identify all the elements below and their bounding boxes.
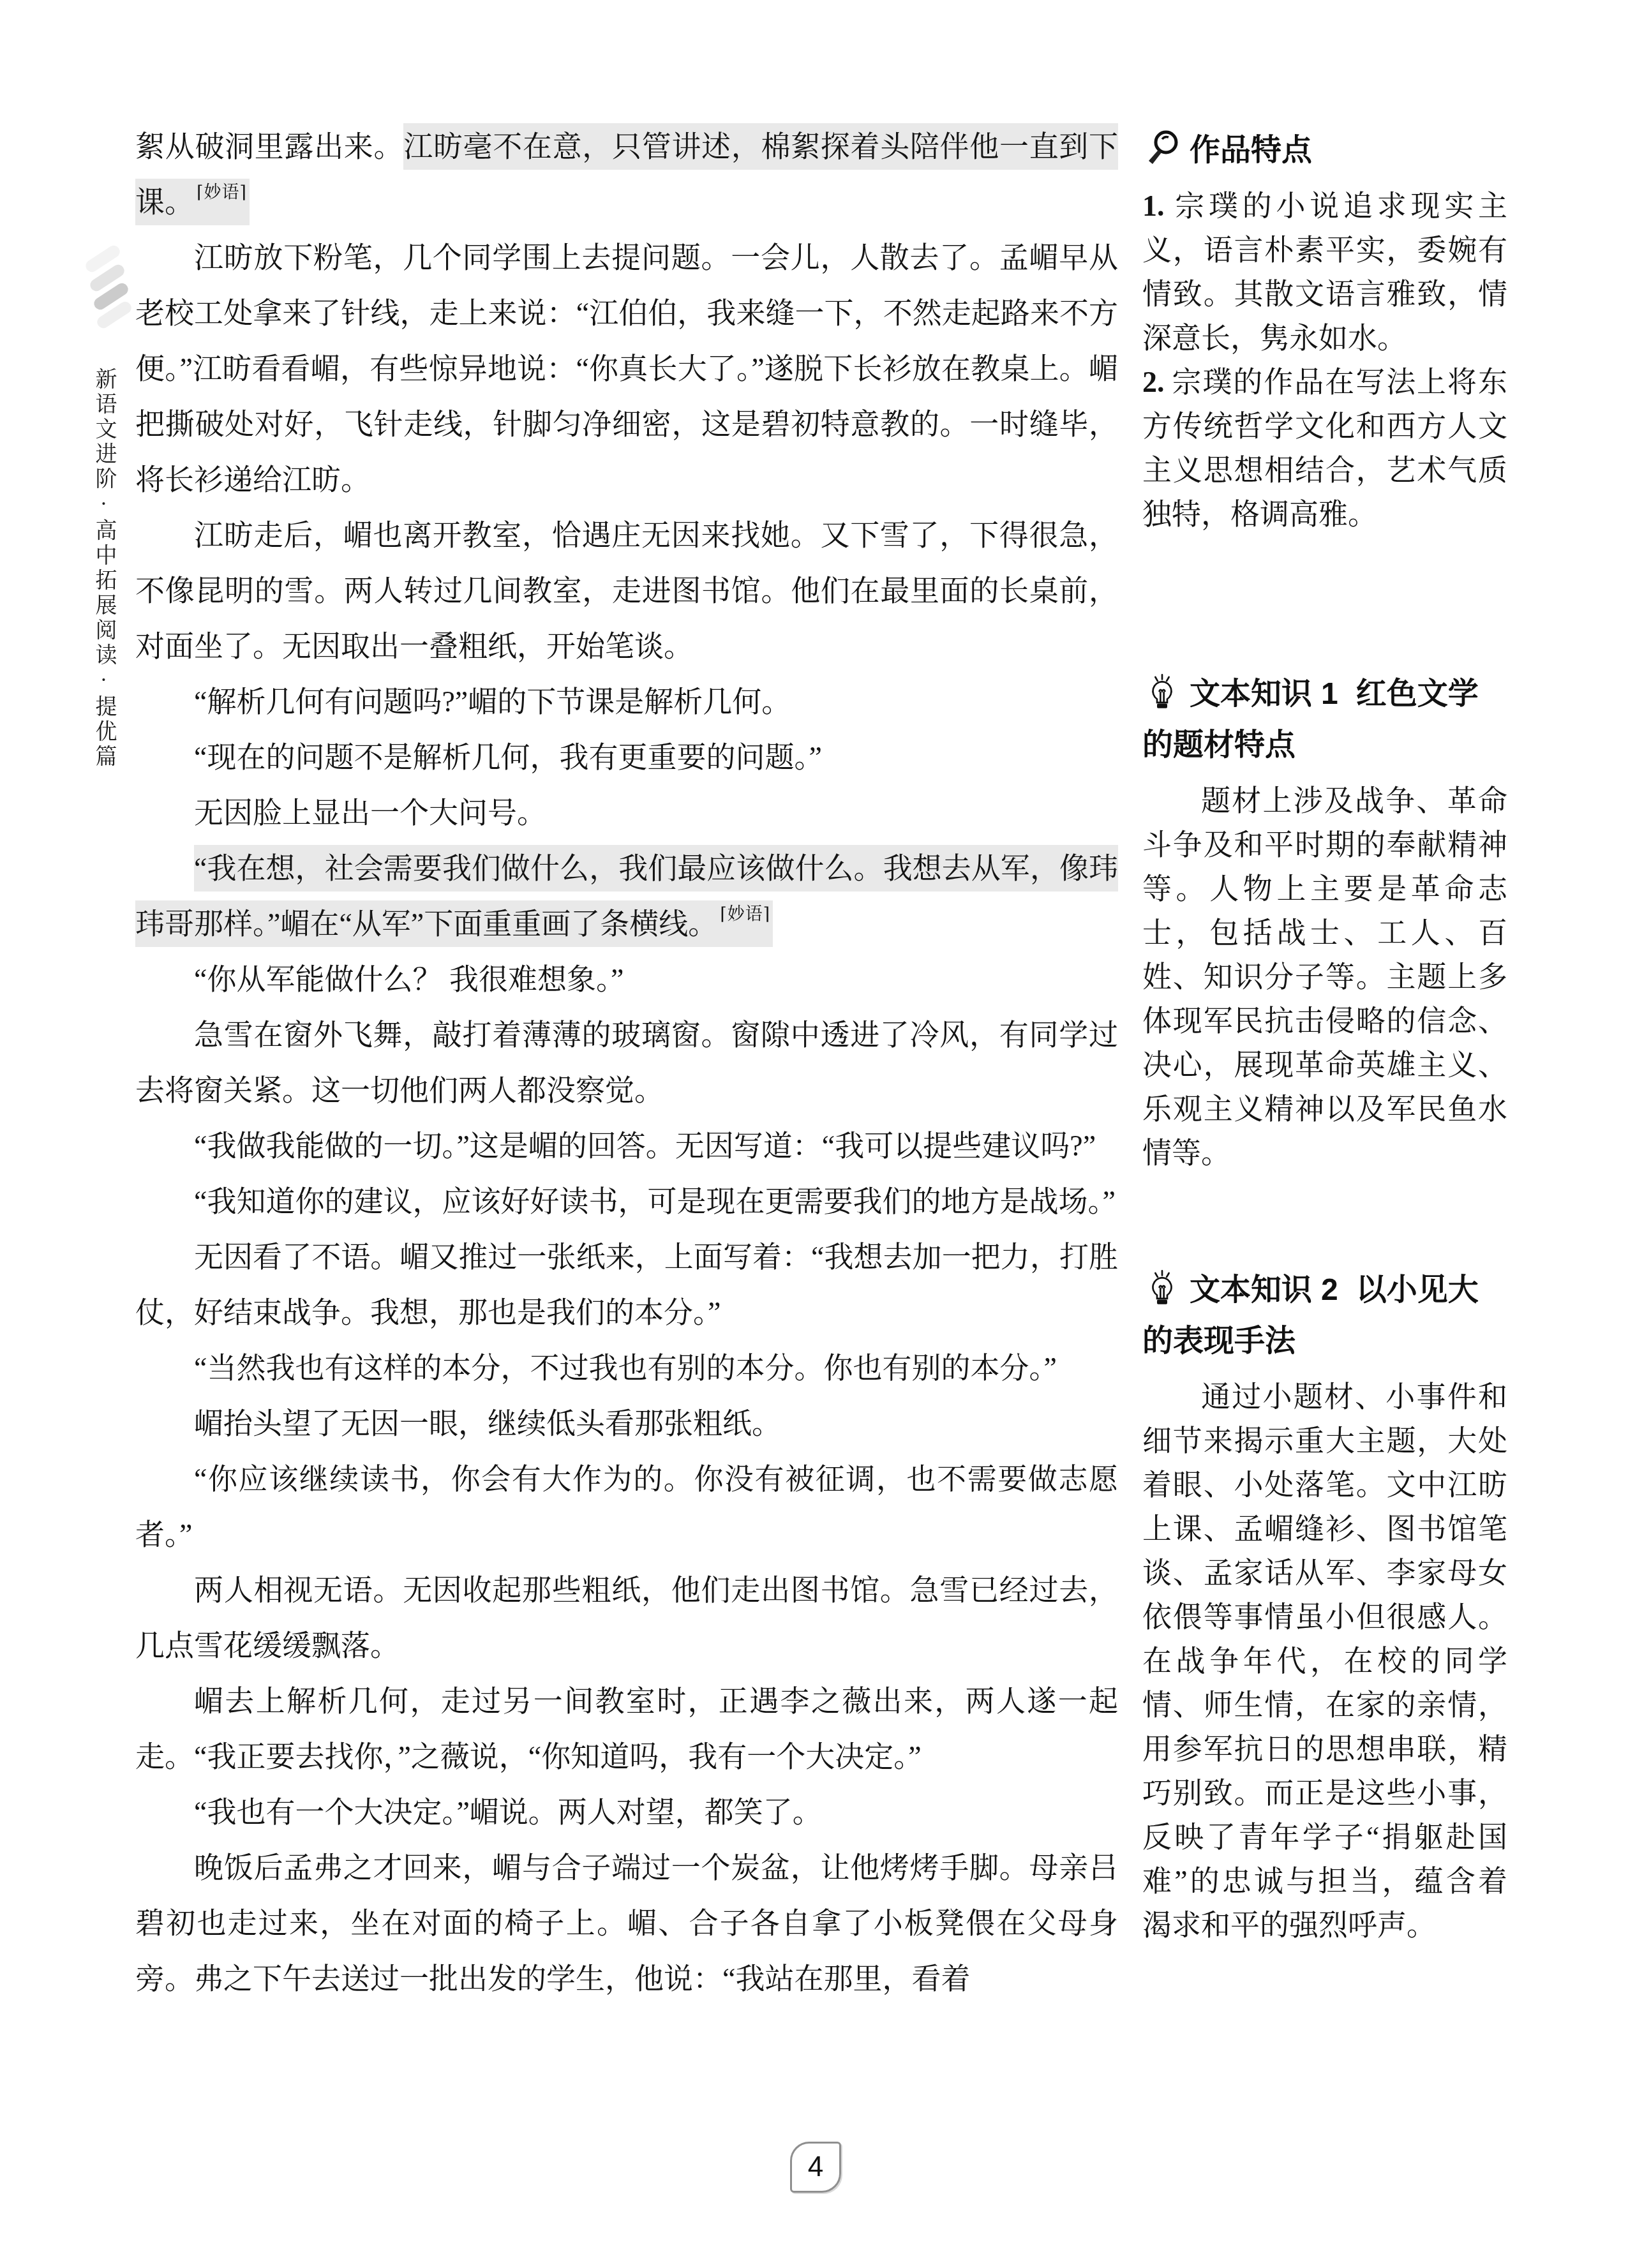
paragraph: 急雪在窗外飞舞，敲打着薄薄的玻璃窗。窗隙中透进了冷风，有同学过去将窗关紧。这一切… (135, 1007, 1118, 1118)
paragraph: 絮从破洞里露出来。江昉毫不在意，只管讲述，棉絮探着头陪伴他一直到下课。⌈妙语⌉ (135, 119, 1118, 230)
note-item-number: 2. (1142, 366, 1165, 398)
note-section: 作品特点1.宗璞的小说追求现实主义，语言朴素平实，委婉有情致。其散文语言雅致，情… (1142, 125, 1507, 536)
text-run: 晚饭后孟弗之才回来，嵋与合子端过一个炭盆，让他烤烤手脚。母亲吕碧初也走过来，坐在… (135, 1851, 1118, 1995)
page-number: 4 (808, 2151, 823, 2183)
note-list-item: 1.宗璞的小说追求现实主义，语言朴素平实，委婉有情致。其散文语言雅致，情深意长，… (1142, 184, 1507, 360)
text-run: 急雪在窗外飞舞，敲打着薄薄的玻璃窗。窗隙中透进了冷风，有同学过去将窗关紧。这一切… (135, 1018, 1118, 1107)
text-run: “我也有一个大决定。”嵋说。两人对望，都笑了。 (194, 1796, 822, 1828)
text-run: 无因看了不语。嵋又推过一张纸来，上面写着：“我想去加一把力，打胜仗，好结束战争。… (135, 1241, 1118, 1329)
paragraph: “我也有一个大决定。”嵋说。两人对望，都笑了。 (135, 1784, 1118, 1840)
text-run: “你应该继续读书，你会有大作为的。你没有被征调，也不需要做志愿者。” (135, 1463, 1118, 1551)
paragraph: “当然我也有这样的本分，不过我也有别的本分。你也有别的本分。” (135, 1340, 1118, 1396)
note-title-text: 文本知识 (1190, 677, 1312, 711)
text-run: 嵋抬头望了无因一眼，继续低头看那张粗纸。 (194, 1407, 781, 1440)
lightbulb-icon (1142, 672, 1182, 712)
note-list-item: 2.宗璞的作品在写法上将东方传统哲学文化和西方人文主义思想相结合，艺术气质独特，… (1142, 360, 1507, 536)
paragraph: “你应该继续读书，你会有大作为的。你没有被征调，也不需要做志愿者。” (135, 1451, 1118, 1562)
paragraph: “解析几何有问题吗?”嵋的下节课是解析几何。 (135, 674, 1118, 729)
note-heading: 文本知识2以小见大的表现手法 (1142, 1265, 1507, 1367)
text-run: “解析几何有问题吗?”嵋的下节课是解析几何。 (194, 685, 791, 718)
note-heading: 文本知识1红色文学的题材特点 (1142, 669, 1507, 771)
text-run: 两人相视无语。无因收起那些粗纸，他们走出图书馆。急雪已经过去，几点雪花缓缓飘落。 (135, 1574, 1118, 1662)
lightbulb-icon (1142, 1268, 1182, 1308)
paragraph: 无因看了不语。嵋又推过一张纸来，上面写着：“我想去加一把力，打胜仗，好结束战争。… (135, 1229, 1118, 1340)
paragraph: 两人相视无语。无因收起那些粗纸，他们走出图书馆。急雪已经过去，几点雪花缓缓飘落。 (135, 1562, 1118, 1673)
highlighted-text: “我在想，社会需要我们做什么，我们最应该做什么。我想去从军，像玮玮哥那样。”嵋在… (135, 845, 1118, 947)
text-run: 江昉放下粉笔，几个同学围上去提问题。一会儿，人散去了。孟嵋早从老校工处拿来了针线… (135, 241, 1118, 496)
paragraph: “你从军能做什么？ 我很难想象。” (135, 951, 1118, 1007)
text-run: “我做我能做的一切。”这是嵋的回答。无因写道：“我可以提些建议吗?” (194, 1130, 1096, 1162)
paragraph: 无因脸上显出一个大问号。 (135, 785, 1118, 840)
book-spine-title: 新语文进阶·高中拓展阅读·提优篇 (88, 368, 119, 770)
paragraph: 江昉放下粉笔，几个同学围上去提问题。一会儿，人散去了。孟嵋早从老校工处拿来了针线… (135, 230, 1118, 507)
miaoyu-annotation: ⌈妙语⌉ (717, 900, 773, 947)
text-run: “我知道你的建议，应该好好读书，可是现在更需要我们的地方是战场。” (194, 1185, 1116, 1218)
miaoyu-annotation: ⌈妙语⌉ (194, 179, 250, 225)
paragraph: “现在的问题不是解析几何，我有更重要的问题。” (135, 729, 1118, 785)
text-run: “你从军能做什么？ 我很难想象。” (194, 963, 624, 996)
note-body: 通过小题材、小事件和细节来揭示重大主题，大处着眼、小处落笔。文中江昉上课、孟嵋缝… (1142, 1375, 1507, 1947)
note-paragraph: 通过小题材、小事件和细节来揭示重大主题，大处着眼、小处落笔。文中江昉上课、孟嵋缝… (1142, 1375, 1507, 1947)
paragraph: “我在想，社会需要我们做什么，我们最应该做什么。我想去从军，像玮玮哥那样。”嵋在… (135, 840, 1118, 951)
note-body: 题材上涉及战争、革命斗争及和平时期的奉献精神等。人物上主要是革命志士，包括战士、… (1142, 779, 1507, 1175)
note-number: 1 (1321, 677, 1338, 711)
text-run: 江昉走后，嵋也离开教室，恰遇庄无因来找她。又下雪了，下得很急，不像昆明的雪。两人… (135, 519, 1118, 662)
text-run: “当然我也有这样的本分，不过我也有别的本分。你也有别的本分。” (194, 1352, 1057, 1384)
note-title-text: 文本知识 (1190, 1273, 1312, 1307)
paragraph: 嵋去上解析几何，走过另一间教室时，正遇李之薇出来，两人遂一起走。“我正要去找你，… (135, 1673, 1118, 1784)
note-number: 2 (1321, 1273, 1338, 1307)
note-title-text: 作品特点 (1190, 133, 1312, 167)
note-item-number: 1. (1142, 190, 1165, 222)
note-section: 文本知识2以小见大的表现手法通过小题材、小事件和细节来揭示重大主题，大处着眼、小… (1142, 1265, 1507, 1947)
magnifier-icon (1142, 128, 1182, 168)
paragraph: 嵋抬头望了无因一眼，继续低头看那张粗纸。 (135, 1396, 1118, 1451)
paragraph: 晚饭后孟弗之才回来，嵋与合子端过一个炭盆，让他烤烤手脚。母亲吕碧初也走过来，坐在… (135, 1840, 1118, 2006)
text-run: 絮从破洞里露出来。 (135, 130, 403, 163)
note-paragraph: 题材上涉及战争、革命斗争及和平时期的奉献精神等。人物上主要是革命志士，包括战士、… (1142, 779, 1507, 1175)
note-section: 文本知识1红色文学的题材特点题材上涉及战争、革命斗争及和平时期的奉献精神等。人物… (1142, 669, 1507, 1175)
paragraph: “我做我能做的一切。”这是嵋的回答。无因写道：“我可以提些建议吗?” (135, 1118, 1118, 1174)
text-run: 无因脸上显出一个大问号。 (194, 796, 546, 829)
text-run: 嵋去上解析几何，走过另一间教室时，正遇李之薇出来，两人遂一起走。“我正要去找你，… (135, 1685, 1118, 1773)
main-text-column: 絮从破洞里露出来。江昉毫不在意，只管讲述，棉絮探着头陪伴他一直到下课。⌈妙语⌉江… (135, 119, 1118, 2006)
note-heading: 作品特点 (1142, 125, 1507, 176)
paragraph: 江昉走后，嵋也离开教室，恰遇庄无因来找她。又下雪了，下得很急，不像昆明的雪。两人… (135, 507, 1118, 674)
text-run: “现在的问题不是解析几何，我有更重要的问题。” (194, 741, 822, 773)
note-body: 1.宗璞的小说追求现实主义，语言朴素平实，委婉有情致。其散文语言雅致，情深意长，… (1142, 184, 1507, 536)
page-number-box: 4 (790, 2142, 841, 2193)
paragraph: “我知道你的建议，应该好好读书，可是现在更需要我们的地方是战场。” (135, 1174, 1118, 1229)
